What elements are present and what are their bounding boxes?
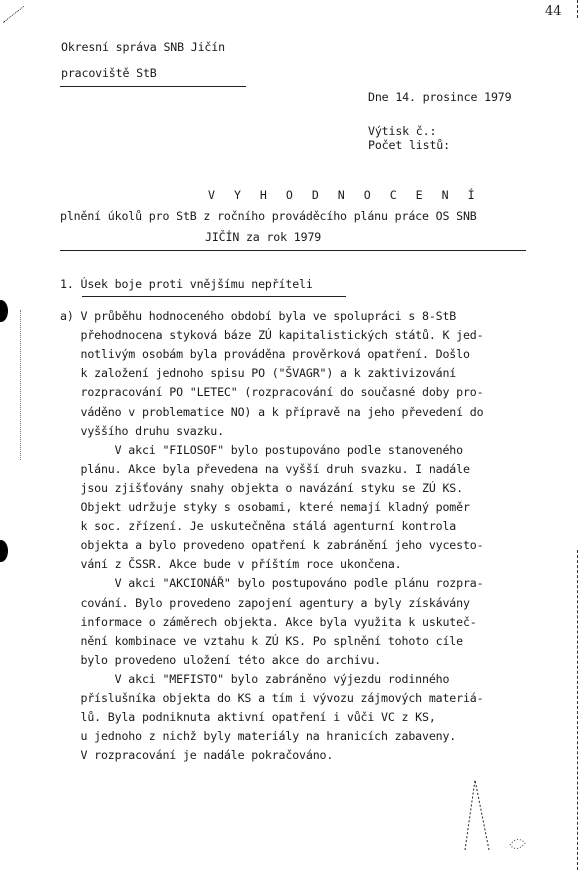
title-line-3: JIČÍN za rok 1979: [205, 228, 321, 247]
body-line: cování. Bylo provedeno zapojení agentury…: [60, 594, 470, 613]
body-line: k soc. zřízení. Je uskutečněna stálá age…: [60, 517, 456, 536]
document-heading: V Y H O D N O C E N Í: [208, 186, 481, 205]
body-line: a) V průběhu hodnoceného období byla ve …: [60, 307, 456, 326]
org-line-2: pracoviště StB: [61, 64, 157, 83]
body-line: lů. Byla podniknuta aktivní opatření i v…: [60, 708, 436, 727]
body-line: notlivým osobám byla prováděna prověrkov…: [60, 345, 470, 364]
document-page: 44 Okresní správa SNB Jičín pracoviště S…: [0, 0, 588, 879]
body-line: k založení jednoho spisu PO ("ŠVAGR") a …: [60, 364, 456, 383]
right-edge-line: [577, 0, 578, 18]
signature-mark: [455, 765, 535, 865]
body-line: bylo provedeno uložení této akce do arch…: [60, 651, 381, 670]
section-title: 1. Úsek boje proti vnějšímu nepříteli: [60, 275, 313, 294]
body-line: informace o záměrech objekta. Akce byla …: [60, 613, 477, 632]
body-line: V akci "FILOSOF" bylo postupováno podle …: [60, 441, 463, 460]
body-line: přehodnocena styková báze ZÚ kapitalisti…: [60, 326, 483, 345]
body-line: vání z ČSSR. Akce bude v příštím roce uk…: [60, 555, 402, 574]
body-line: u jednoho z nichž byly materiály na hran…: [60, 727, 456, 746]
sheet-count-label: Počet listů:: [368, 138, 450, 152]
body-line: příslušníka objekta do KS a tím i vývozu…: [60, 689, 483, 708]
document-date: Dne 14. prosince 1979: [368, 88, 511, 107]
punch-hole: [0, 540, 8, 562]
body-line: rozpracování PO "LETEC" (rozpracování do…: [60, 383, 483, 402]
body-line: V akci "MEFISTO" bylo zabráněno výjezdu …: [60, 670, 449, 689]
margin-dots: [20, 310, 21, 460]
section-underline: [82, 296, 346, 297]
body-line: jsou zjišťovány snahy objekta o navázání…: [60, 479, 463, 498]
body-line: Objekt udržuje styky s osobami, které ne…: [60, 498, 470, 517]
body-line: objekta a bylo provedeno opatření k zabr…: [60, 536, 483, 555]
right-edge-line: [577, 550, 578, 870]
header-underline: [60, 86, 246, 87]
org-line-1: Okresní správa SNB Jičín: [61, 38, 225, 57]
punch-hole: [0, 300, 8, 322]
body-line: nění kombinace ve vztahu k ZÚ KS. Po spl…: [60, 632, 463, 651]
copy-number-label: Výtisk č.:: [368, 124, 436, 138]
body-line: vyššího druhu svazku.: [60, 422, 224, 441]
body-line: V akci "AKCIONÁŘ" bylo postupováno podle…: [60, 574, 483, 593]
body-line: plánu. Akce byla převedena na vyšší druh…: [60, 460, 470, 479]
body-line: váděno v problematice NO) a k přípravě n…: [60, 403, 483, 422]
title-underline: [60, 250, 526, 251]
page-number: 44: [545, 4, 562, 19]
body-line: V rozpracování je nadále pokračováno.: [60, 746, 333, 765]
margin-pen-mark: [3, 6, 24, 23]
title-line-2: plnění úkolů pro StB z ročního prováděcí…: [60, 207, 477, 226]
